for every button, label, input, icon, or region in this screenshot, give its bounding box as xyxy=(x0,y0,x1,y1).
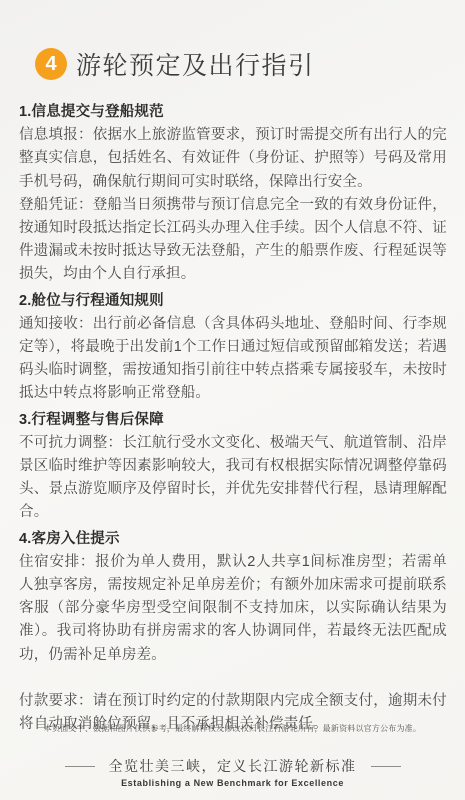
tagline-english: Establishing a New Benchmark for Excelle… xyxy=(109,778,357,788)
section-paragraph: 登船凭证：登船当日须携带与预订信息完全一致的有效身份证件，按通知时段抵达指定长江… xyxy=(19,194,447,287)
brand-tagline: 全览壮美三峡，定义长江游轮新标准 Establishing a New Benc… xyxy=(0,756,465,788)
section-heading: 4.客房入住提示 xyxy=(19,528,447,551)
section-info-submission: 1.信息提交与登船规范 信息填报：依据水上旅游监管要求，预订时需提交所有出行人的… xyxy=(19,101,447,287)
guide-page: 4 游轮预定及出行指引 1.信息提交与登船规范 信息填报：依据水上旅游监管要求，… xyxy=(0,0,465,800)
tagline-rule-right xyxy=(371,766,401,767)
disclaimer-text: 本页面文字、数据和图片仅供参考，最终解释权及修改权归长江行游轮所有，最新资料以官… xyxy=(0,723,465,734)
section-cabin-notice: 2.舱位与行程通知规则 通知接收：出行前必备信息（含具体码头地址、登船时间、行李… xyxy=(19,290,447,406)
tagline-rule-left xyxy=(65,766,95,767)
tagline-text-block: 全览壮美三峡，定义长江游轮新标准 Establishing a New Benc… xyxy=(109,756,357,788)
section-paragraph: 住宿安排：报价为单人费用，默认2人共享1间标准房型；若需单人独享客房，需按规定补… xyxy=(19,551,447,667)
page-title: 游轮预定及出行指引 xyxy=(76,46,315,82)
section-paragraph: 信息填报：依据水上旅游监管要求，预订时需提交所有出行人的完整真实信息，包括姓名、… xyxy=(19,124,447,194)
section-paragraph: 通知接收：出行前必备信息（含具体码头地址、登船时间、行李规定等），将最晚于出发前… xyxy=(19,313,447,406)
section-room-checkin: 4.客房入住提示 住宿安排：报价为单人费用，默认2人共享1间标准房型；若需单人独… xyxy=(19,528,447,737)
section-heading: 1.信息提交与登船规范 xyxy=(19,101,447,124)
tagline-chinese: 全览壮美三峡，定义长江游轮新标准 xyxy=(109,756,357,776)
section-heading: 2.舱位与行程通知规则 xyxy=(19,290,447,313)
badge-number: 4 xyxy=(45,53,56,76)
section-itinerary-adjustment: 3.行程调整与售后保障 不可抗力调整：长江航行受水文变化、极端天气、航道管制、沿… xyxy=(19,409,447,525)
section-heading: 3.行程调整与售后保障 xyxy=(19,409,447,432)
page-header: 4 游轮预定及出行指引 xyxy=(35,46,447,82)
section-paragraph: 不可抗力调整：长江航行受水文变化、极端天气、航道管制、沿岸景区临时维护等因素影响… xyxy=(19,432,447,525)
section-number-badge: 4 xyxy=(35,48,67,80)
